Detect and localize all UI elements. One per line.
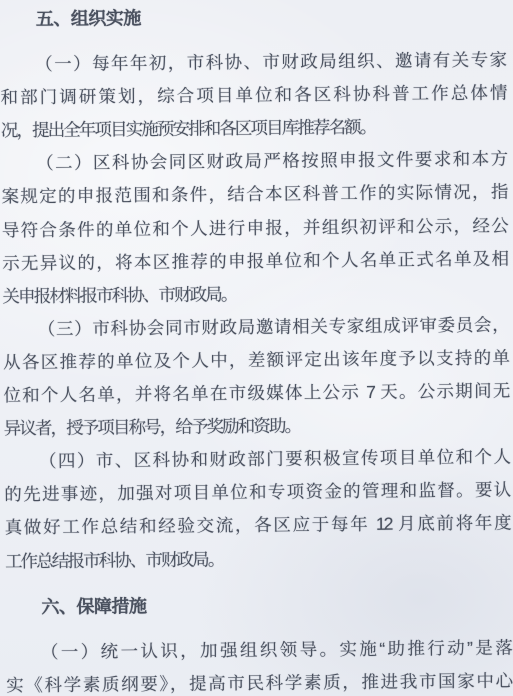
text-line: 导符合条件的单位和个人进行申报，并组织初评和公示，经公 [2, 209, 507, 247]
paragraph-1: （一）每年年初，市科协、市财政局组织、邀请有关专家 和部门调研策划，综合项目单位… [0, 44, 506, 148]
text-line: 从各区推荐的单位及个人中，差额评定出该年度予以支持的单 [3, 342, 508, 380]
text-line: 的先进事迹，加强对项目单位和专项资金的管理和监督。要认 [4, 474, 509, 512]
text-line: 案规定的申报范围和条件，结合本区科普工作的实际情况，指 [1, 176, 506, 214]
text-line: 异议者，授予项目称号，给予奖励和资助。 [4, 408, 509, 446]
text-line: 和部门调研策划，综合项目单位和各区科协科普工作总体情 [0, 77, 505, 115]
paragraph-2: （二）区科协会同区财政局严格按照申报文件要求和本方 案规定的申报范围和条件，结合… [1, 143, 508, 313]
scanned-document-page: 五、组织实施 （一）每年年初，市科协、市财政局组织、邀请有关专家 和部门调研策划… [0, 0, 513, 696]
text-line: （一）统一认识，加强组织领导。实施“助推行动”是落 [6, 631, 511, 669]
text-line: 真做好工作总结和经验交流，各区应于每年 12 月底前将年度 [5, 507, 510, 545]
text-line: （四）市、区科协和财政部门要积极宣传项目单位和个人 [4, 441, 509, 479]
text-line: 位和个人名单，并将名单在市级媒体上公示 7 天。公示期间无 [3, 375, 508, 413]
text-line: 关申报材料报市科协、市财政局。 [2, 275, 507, 313]
section-heading-organization: 五、组织实施 [0, 0, 505, 37]
text-line: 况，提出全年项目实施预安排和各区项目库推荐名额。 [1, 110, 506, 148]
text-line: 示无异议的，将本区推荐的申报单位和个人名单正式名单及相 [2, 242, 507, 280]
paragraph-3: （三）市科协会同市财政局邀请相关专家组成评审委员会， 从各区推荐的单位及个人中，… [3, 308, 509, 445]
text-line: （三）市科协会同市财政局邀请相关专家组成评审委员会， [3, 308, 508, 346]
text-line: 工作总结报市科协、市财政局。 [5, 540, 510, 578]
text-line: （二）区科协会同区财政局严格按照申报文件要求和本方 [1, 143, 506, 181]
section-heading-safeguards: 六、保障措施 [5, 586, 510, 624]
text-line: （一）每年年初，市科协、市财政局组织、邀请有关专家 [0, 44, 505, 82]
paragraph-4: （四）市、区科协和财政部门要积极宣传项目单位和个人 的先进事迹，加强对项目单位和… [4, 441, 510, 578]
text-line: 实《科学素质纲要》，提高市民科学素质，推进我市国家中心 [6, 664, 511, 696]
document-body: 五、组织实施 （一）每年年初，市科协、市财政局组织、邀请有关专家 和部门调研策划… [0, 0, 511, 696]
paragraph-5: （一）统一认识，加强组织领导。实施“助推行动”是落 实《科学素质纲要》，提高市民… [6, 631, 512, 696]
